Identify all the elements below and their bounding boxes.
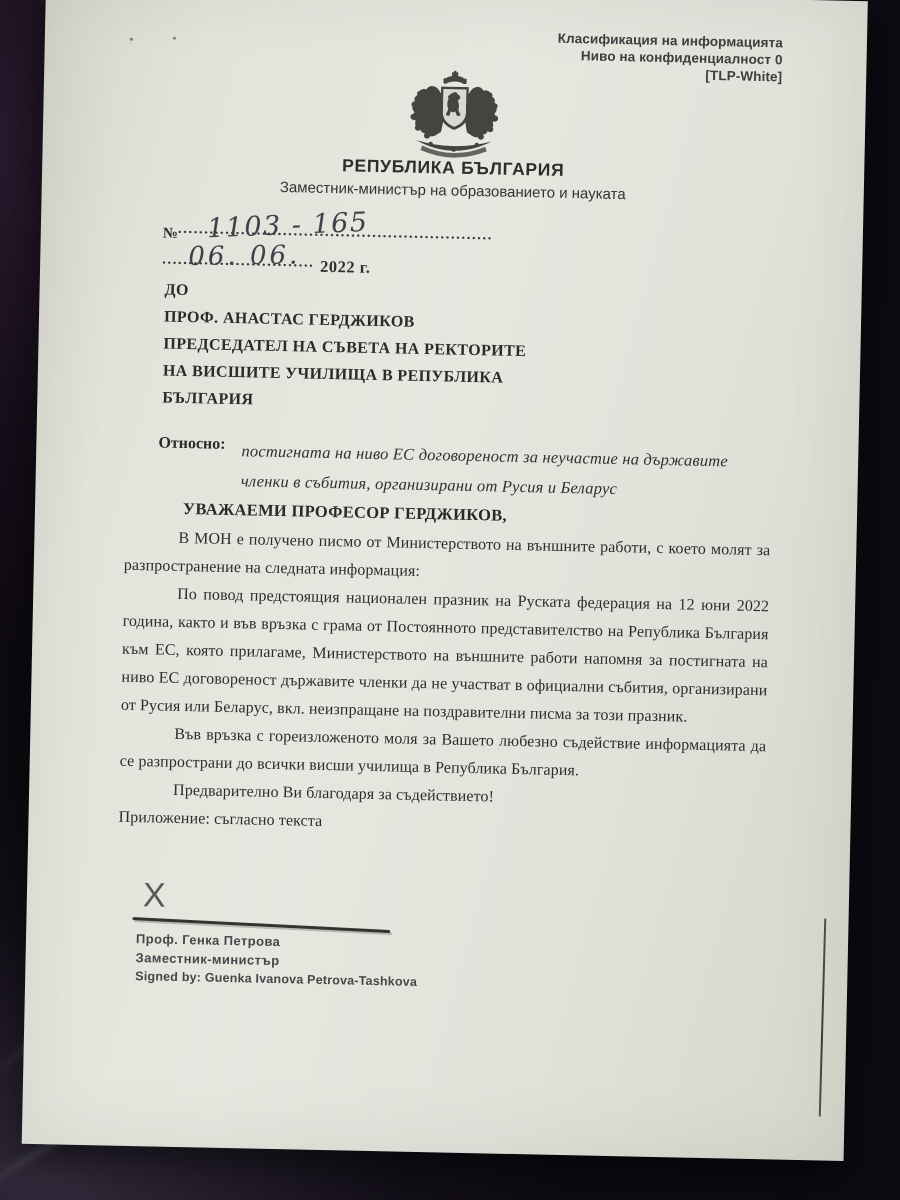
document-page: Класификация на информацията Ниво на кон… <box>22 0 868 1161</box>
signature-x-mark: X <box>143 876 420 920</box>
subject-row: Относно: постигната на ниво ЕС договорен… <box>157 434 778 507</box>
body-paragraph: По повод предстоящия национален празник … <box>121 580 770 733</box>
subject-text: постигната на ниво ЕС договореност за не… <box>240 436 778 507</box>
salutation: УВАЖАЕМИ ПРОФЕСОР ГЕРДЖИКОВ, <box>183 499 507 526</box>
number-sign: № <box>163 226 178 242</box>
subject-label: Относно: <box>157 434 225 495</box>
letter-body: В МОН е получено писмо от Министерството… <box>118 524 770 845</box>
handwritten-date: 06. 06. <box>188 240 300 272</box>
handwritten-ref-number: 1103 - 165 <box>206 207 369 244</box>
photo-background: { "colors": { "paper": "#e2e3db", "backg… <box>0 0 900 1200</box>
scan-artifact-line <box>819 918 827 1116</box>
signature-block: X Проф. Генка Петрова Заместник-министър… <box>135 876 419 992</box>
paper-speck <box>173 37 176 40</box>
paper-speck <box>130 38 133 41</box>
addressee-block: ДО ПРОФ. АНАСТАС ГЕРДЖИКОВ ПРЕДСЕДАТЕЛ Н… <box>162 277 528 420</box>
printed-year: 2022 г. <box>320 257 371 277</box>
